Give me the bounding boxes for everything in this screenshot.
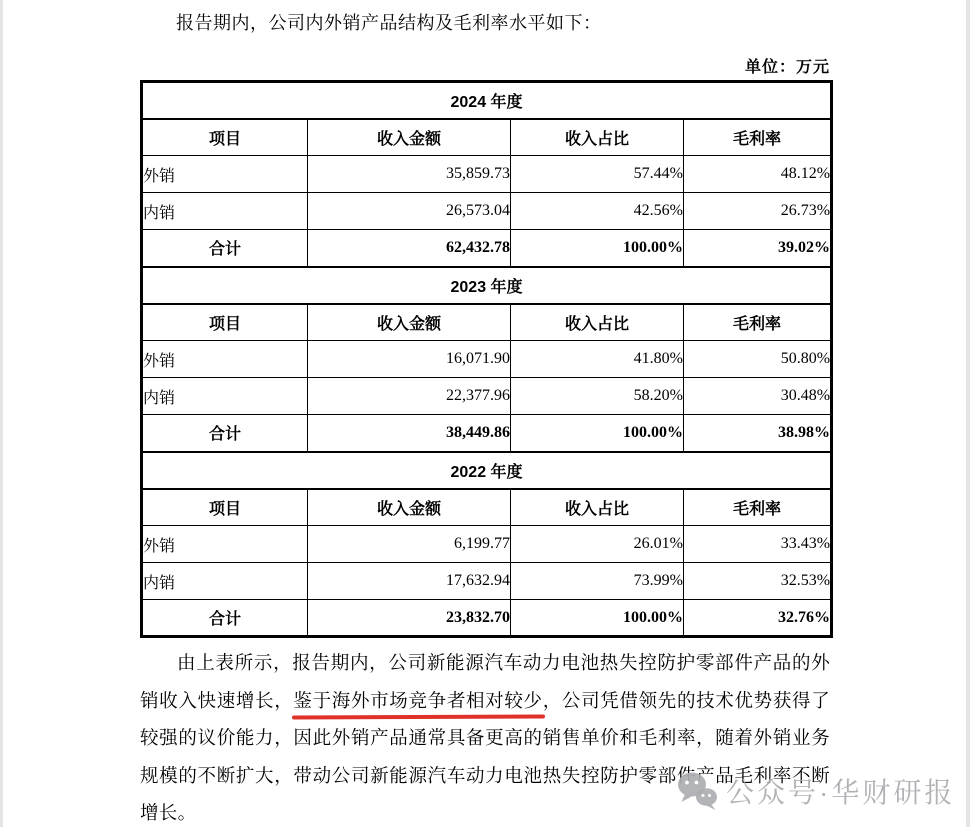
cell-margin: 50.80% — [684, 341, 832, 378]
table-row: 内销 22,377.96 58.20% 30.48% — [142, 378, 832, 415]
cell-item: 合计 — [142, 600, 308, 637]
cell-share: 100.00% — [511, 415, 684, 452]
year-header-2024: 2024 年度 — [142, 82, 832, 119]
cell-amount: 26,573.04 — [308, 193, 511, 230]
cell-amount: 22,377.96 — [308, 378, 511, 415]
cell-share: 26.01% — [511, 526, 684, 563]
column-header-share: 收入占比 — [511, 489, 684, 526]
table-row-total: 合计 38,449.86 100.00% 38.98% — [142, 415, 832, 452]
cell-share: 100.00% — [511, 230, 684, 267]
column-header-item: 项目 — [142, 119, 308, 156]
page-left-edge — [0, 0, 3, 827]
cell-margin: 32.76% — [684, 600, 832, 637]
analysis-paragraph: 由上表所示，报告期内，公司新能源汽车动力电池热失控防护零部件产品的外销收入快速增… — [140, 646, 830, 827]
column-header-amount: 收入金额 — [308, 119, 511, 156]
column-header-row: 项目 收入金额 收入占比 毛利率 — [142, 304, 832, 341]
page-right-edge — [966, 0, 970, 827]
year-header-2023: 2023 年度 — [142, 267, 832, 304]
table-row: 外销 6,199.77 26.01% 33.43% — [142, 526, 832, 563]
cell-amount: 35,859.73 — [308, 156, 511, 193]
column-header-amount: 收入金额 — [308, 489, 511, 526]
cell-amount: 16,071.90 — [308, 341, 511, 378]
cell-item: 外销 — [142, 156, 308, 193]
cell-item: 外销 — [142, 526, 308, 563]
red-underlined-phrase: 鉴于海外市场竞争者相对较少 — [293, 692, 542, 712]
column-header-margin: 毛利率 — [684, 489, 832, 526]
sales-structure-table: 2024 年度 项目 收入金额 收入占比 毛利率 外销 35,859.73 57… — [140, 80, 833, 638]
column-header-share: 收入占比 — [511, 119, 684, 156]
cell-amount: 38,449.86 — [308, 415, 511, 452]
cell-share: 100.00% — [511, 600, 684, 637]
column-header-margin: 毛利率 — [684, 119, 832, 156]
table-row: 内销 26,573.04 42.56% 26.73% — [142, 193, 832, 230]
table-row: 外销 35,859.73 57.44% 48.12% — [142, 156, 832, 193]
table-row: 内销 17,632.94 73.99% 32.53% — [142, 563, 832, 600]
cell-item: 外销 — [142, 341, 308, 378]
cell-item: 内销 — [142, 193, 308, 230]
table-row-total: 合计 62,432.78 100.00% 39.02% — [142, 230, 832, 267]
cell-item: 合计 — [142, 415, 308, 452]
cell-share: 73.99% — [511, 563, 684, 600]
cell-margin: 32.53% — [684, 563, 832, 600]
cell-margin: 26.73% — [684, 193, 832, 230]
table-row: 外销 16,071.90 41.80% 50.80% — [142, 341, 832, 378]
year-header-row-2022: 2022 年度 — [142, 452, 832, 489]
column-header-item: 项目 — [142, 304, 308, 341]
table-row-total: 合计 23,832.70 100.00% 32.76% — [142, 600, 832, 637]
column-header-item: 项目 — [142, 489, 308, 526]
column-header-row: 项目 收入金额 收入占比 毛利率 — [142, 119, 832, 156]
cell-share: 42.56% — [511, 193, 684, 230]
cell-item: 内销 — [142, 378, 308, 415]
cell-item: 合计 — [142, 230, 308, 267]
column-header-row: 项目 收入金额 收入占比 毛利率 — [142, 489, 832, 526]
cell-margin: 39.02% — [684, 230, 832, 267]
year-header-row-2024: 2024 年度 — [142, 82, 832, 119]
cell-margin: 33.43% — [684, 526, 832, 563]
cell-share: 58.20% — [511, 378, 684, 415]
column-header-share: 收入占比 — [511, 304, 684, 341]
cell-amount: 23,832.70 — [308, 600, 511, 637]
cell-item: 内销 — [142, 563, 308, 600]
column-header-amount: 收入金额 — [308, 304, 511, 341]
intro-text: 报告期内，公司内外销产品结构及毛利率水平如下： — [140, 0, 830, 37]
document-page: 报告期内，公司内外销产品结构及毛利率水平如下： 单位：万元 2024 年度 项目… — [140, 0, 830, 827]
cell-amount: 6,199.77 — [308, 526, 511, 563]
cell-margin: 30.48% — [684, 378, 832, 415]
cell-share: 41.80% — [511, 341, 684, 378]
cell-amount: 62,432.78 — [308, 230, 511, 267]
column-header-margin: 毛利率 — [684, 304, 832, 341]
unit-label: 单位：万元 — [140, 54, 830, 77]
cell-amount: 17,632.94 — [308, 563, 511, 600]
cell-margin: 48.12% — [684, 156, 832, 193]
year-header-2022: 2022 年度 — [142, 452, 832, 489]
cell-share: 57.44% — [511, 156, 684, 193]
year-header-row-2023: 2023 年度 — [142, 267, 832, 304]
cell-margin: 38.98% — [684, 415, 832, 452]
